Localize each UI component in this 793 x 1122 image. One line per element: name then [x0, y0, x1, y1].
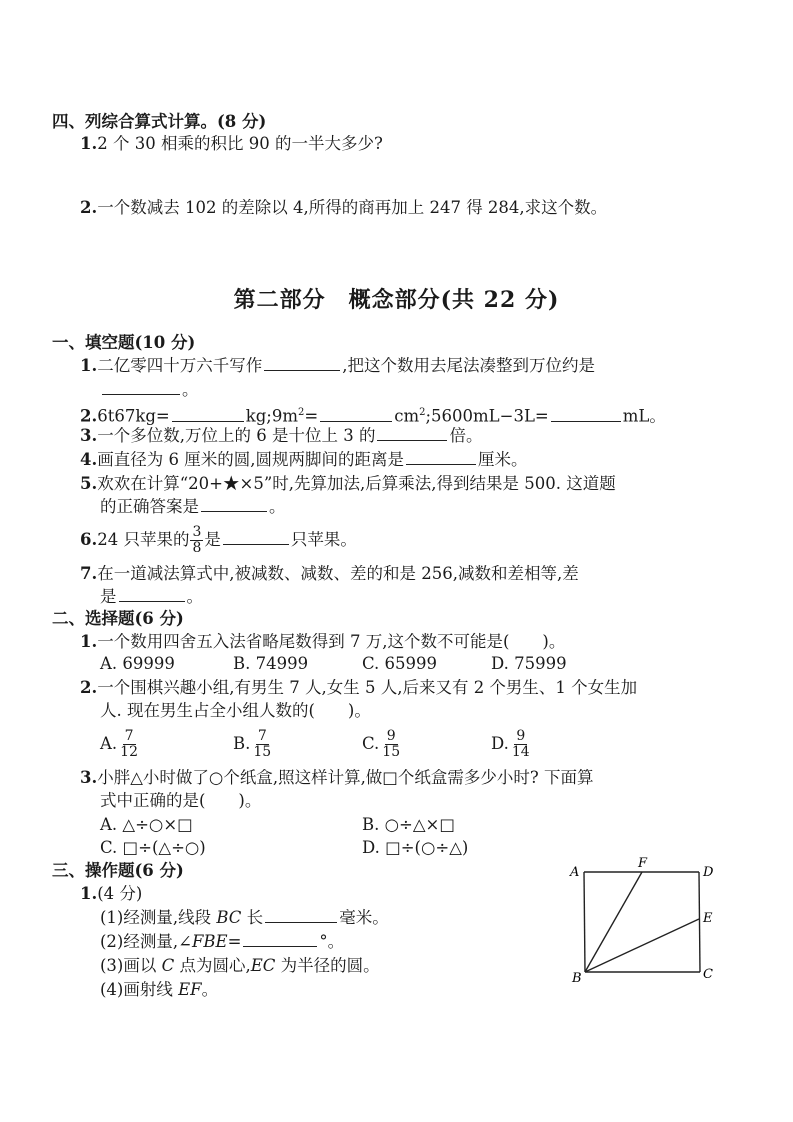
- angle-label: FBE: [192, 932, 228, 951]
- question-text: 毫米。: [339, 908, 389, 927]
- question-text: 是: [204, 530, 221, 549]
- ops-subquestion-3: (3)画以 C 点为圆心,EC 为半径的圆。: [100, 955, 380, 977]
- label-e: E: [702, 911, 713, 926]
- question-text: 一个数减去 102 的差除以 4,所得的商再加上 247 得 284,求这个数。: [97, 198, 607, 217]
- choice-option-b[interactable]: B. 74999: [233, 653, 308, 675]
- question-number: 7.: [80, 564, 97, 583]
- numerator: 3: [190, 525, 203, 541]
- question-text: 长: [241, 908, 263, 927]
- choice-option-c[interactable]: C.915: [362, 727, 403, 761]
- question-text: 6t67kg=: [97, 407, 170, 426]
- fill-question-7-cont: 是。: [100, 586, 203, 608]
- ops-subquestion-2: (2)经测量,∠FBE=°。: [100, 931, 344, 953]
- choice-question-2-cont: 人. 现在男生占全小组人数的( )。: [100, 700, 371, 722]
- choice-question-1: 1.一个数用四舍五入法省略尾数得到 7 万,这个数不可能是( )。: [80, 631, 565, 653]
- answer-blank[interactable]: [201, 510, 267, 512]
- label-f: F: [637, 856, 648, 871]
- question-text: 24 只苹果的: [97, 530, 189, 549]
- punctuation: 。: [182, 380, 199, 399]
- option-label: B.: [233, 734, 250, 753]
- answer-blank[interactable]: [406, 463, 476, 465]
- question-text: 为半径的圆。: [275, 956, 379, 975]
- question-text: (4)画射线: [100, 980, 178, 999]
- question-text: ;5600mL−3L=: [425, 407, 548, 426]
- fraction: 715: [251, 729, 273, 760]
- label-b: B: [571, 971, 582, 986]
- question-number: 1.: [80, 356, 97, 375]
- punctuation: 。: [269, 497, 286, 516]
- question-text: °。: [319, 932, 344, 951]
- ops-subquestion-1: (1)经测量,线段 BC 长毫米。: [100, 907, 389, 929]
- point-label: C: [162, 956, 175, 975]
- question-text: (2)经测量,∠: [100, 932, 192, 951]
- question-text: =: [228, 932, 242, 951]
- punctuation: 。: [187, 587, 204, 606]
- fill-question-1: 1.二亿零四十万六千写作,把这个数用去尾法凑整到万位约是: [80, 355, 595, 377]
- choice-option-a[interactable]: A. 69999: [100, 653, 175, 675]
- choice-question-2: 2.一个围棋兴趣小组,有男生 7 人,女生 5 人,后来又有 2 个男生、1 个…: [80, 677, 637, 699]
- section-heading-choice: 二、选择题(6 分): [52, 608, 184, 630]
- question-text: 的正确答案是: [100, 497, 199, 516]
- question-number: 3.: [80, 426, 97, 445]
- segment-be: [585, 919, 699, 972]
- question-text: 2 个 30 相乘的积比 90 的一半大多少?: [97, 134, 383, 153]
- fraction: 915: [380, 729, 402, 760]
- choice-option-d[interactable]: D. □÷(○÷△): [362, 837, 468, 859]
- question-text: 倍。: [449, 426, 482, 445]
- label-d: D: [702, 865, 714, 880]
- numerator: 7: [123, 729, 136, 745]
- answer-blank[interactable]: [102, 393, 180, 395]
- answer-blank[interactable]: [377, 439, 447, 441]
- segment-label: BC: [216, 908, 241, 927]
- question-text: 只苹果。: [291, 530, 357, 549]
- question-text: 厘米。: [478, 450, 528, 469]
- segment-label: EC: [251, 956, 276, 975]
- denominator: 15: [380, 745, 402, 760]
- answer-blank[interactable]: [551, 420, 621, 422]
- option-label: D.: [491, 734, 509, 753]
- question-number: 3.: [80, 768, 97, 787]
- question-text: ,把这个数用去尾法凑整到万位约是: [342, 356, 595, 375]
- question-4-1: 1.2 个 30 相乘的积比 90 的一半大多少?: [80, 133, 383, 155]
- question-4-2: 2.一个数减去 102 的差除以 4,所得的商再加上 247 得 284,求这个…: [80, 197, 607, 219]
- option-label: C.: [362, 734, 379, 753]
- question-text: (3)画以: [100, 956, 162, 975]
- numerator: 9: [385, 729, 398, 745]
- question-text: 一个多位数,万位上的 6 是十位上 3 的: [97, 426, 375, 445]
- section-heading-part4: 四、列综合算式计算。(8 分): [52, 111, 266, 133]
- question-text: 小胖△小时做了○个纸盒,照这样计算,做□个纸盒需多少小时? 下面算: [97, 768, 593, 787]
- choice-option-c[interactable]: C. 65999: [362, 653, 437, 675]
- segment-dc: [699, 872, 700, 972]
- question-text: cm: [394, 407, 419, 426]
- ops-question-1: 1.(4 分): [80, 883, 142, 905]
- fraction: 914: [510, 729, 532, 760]
- choice-option-b[interactable]: B.715: [233, 727, 274, 761]
- section-heading-ops: 三、操作题(6 分): [52, 860, 184, 882]
- fill-question-4: 4.画直径为 6 厘米的圆,圆规两脚间的距离是厘米。: [80, 449, 527, 471]
- choice-question-3: 3.小胖△小时做了○个纸盒,照这样计算,做□个纸盒需多少小时? 下面算: [80, 767, 594, 789]
- question-number: 1.: [80, 134, 97, 153]
- choice-option-b[interactable]: B. ○÷△×□: [362, 814, 455, 836]
- question-number: 2.: [80, 678, 97, 697]
- square-figure: A D F E B C: [560, 850, 740, 1000]
- question-number: 2.: [80, 198, 97, 217]
- ops-subquestion-4: (4)画射线 EF。: [100, 979, 218, 1001]
- question-text: 欢欢在计算“20+★×5”时,先算加法,后算乘法,得到结果是 500. 这道题: [97, 474, 615, 493]
- answer-blank[interactable]: [265, 921, 337, 923]
- numerator: 7: [256, 729, 269, 745]
- denominator: 12: [118, 745, 140, 760]
- question-text: 在一道减法算式中,被减数、减数、差的和是 256,减数和差相等,差: [97, 564, 578, 583]
- denominator: 15: [251, 745, 273, 760]
- fill-question-5-cont: 的正确答案是。: [100, 496, 286, 518]
- question-text: =: [304, 407, 318, 426]
- fill-question-7: 7.在一道减法算式中,被减数、减数、差的和是 256,减数和差相等,差: [80, 563, 579, 585]
- segment-bf: [585, 872, 642, 972]
- fill-question-2: 2.6t67kg=kg;9m2=cm2;5600mL−3L=mL。: [80, 402, 666, 428]
- answer-blank[interactable]: [172, 420, 244, 422]
- choice-option-c[interactable]: C. □÷(△÷○): [100, 837, 206, 859]
- numerator: 9: [514, 729, 527, 745]
- answer-blank[interactable]: [243, 945, 317, 947]
- fraction: 712: [118, 729, 140, 760]
- choice-option-d[interactable]: D.914: [491, 727, 533, 761]
- question-text: 。: [202, 980, 219, 999]
- question-number: 2.: [80, 407, 97, 426]
- question-text: 是: [100, 587, 117, 606]
- segment-ab: [584, 872, 585, 972]
- answer-blank[interactable]: [223, 543, 289, 545]
- choice-question-3-cont: 式中正确的是( )。: [100, 790, 261, 812]
- ray-label: EF: [178, 980, 202, 999]
- answer-blank[interactable]: [119, 600, 185, 602]
- answer-blank[interactable]: [264, 369, 340, 371]
- question-number: 6.: [80, 530, 97, 549]
- fill-question-6: 6.24 只苹果的38是只苹果。: [80, 525, 357, 556]
- question-text: 二亿零四十万六千写作: [97, 356, 262, 375]
- fill-question-3: 3.一个多位数,万位上的 6 是十位上 3 的倍。: [80, 425, 482, 447]
- question-number: 4.: [80, 450, 97, 469]
- denominator: 14: [510, 745, 532, 760]
- fraction: 38: [190, 525, 203, 556]
- choice-option-d[interactable]: D. 75999: [491, 653, 567, 675]
- question-number: 1.: [80, 632, 97, 651]
- question-text: kg;9m: [246, 407, 298, 426]
- choice-option-a[interactable]: A. △÷○×□: [100, 814, 193, 836]
- question-score: (4 分): [97, 884, 142, 903]
- question-text: 一个围棋兴趣小组,有男生 7 人,女生 5 人,后来又有 2 个男生、1 个女生…: [97, 678, 637, 697]
- question-text: mL。: [623, 407, 666, 426]
- answer-blank[interactable]: [320, 420, 392, 422]
- fill-question-1-cont: 。: [100, 379, 199, 401]
- question-text: 一个数用四舍五入法省略尾数得到 7 万,这个数不可能是( )。: [97, 632, 565, 651]
- part2-title: 第二部分 概念部分(共 22 分): [0, 283, 793, 314]
- fill-question-5: 5.欢欢在计算“20+★×5”时,先算加法,后算乘法,得到结果是 500. 这道…: [80, 473, 616, 495]
- question-text: 画直径为 6 厘米的圆,圆规两脚间的距离是: [97, 450, 404, 469]
- question-number: 1.: [80, 884, 97, 903]
- question-number: 5.: [80, 474, 97, 493]
- section-heading-fill: 一、填空题(10 分): [52, 332, 195, 354]
- denominator: 8: [190, 541, 203, 556]
- question-text: 点为圆心,: [174, 956, 251, 975]
- label-a: A: [569, 865, 579, 880]
- choice-option-a[interactable]: A.712: [100, 727, 141, 761]
- option-label: A.: [100, 734, 117, 753]
- question-text: (1)经测量,线段: [100, 908, 216, 927]
- label-c: C: [703, 967, 713, 982]
